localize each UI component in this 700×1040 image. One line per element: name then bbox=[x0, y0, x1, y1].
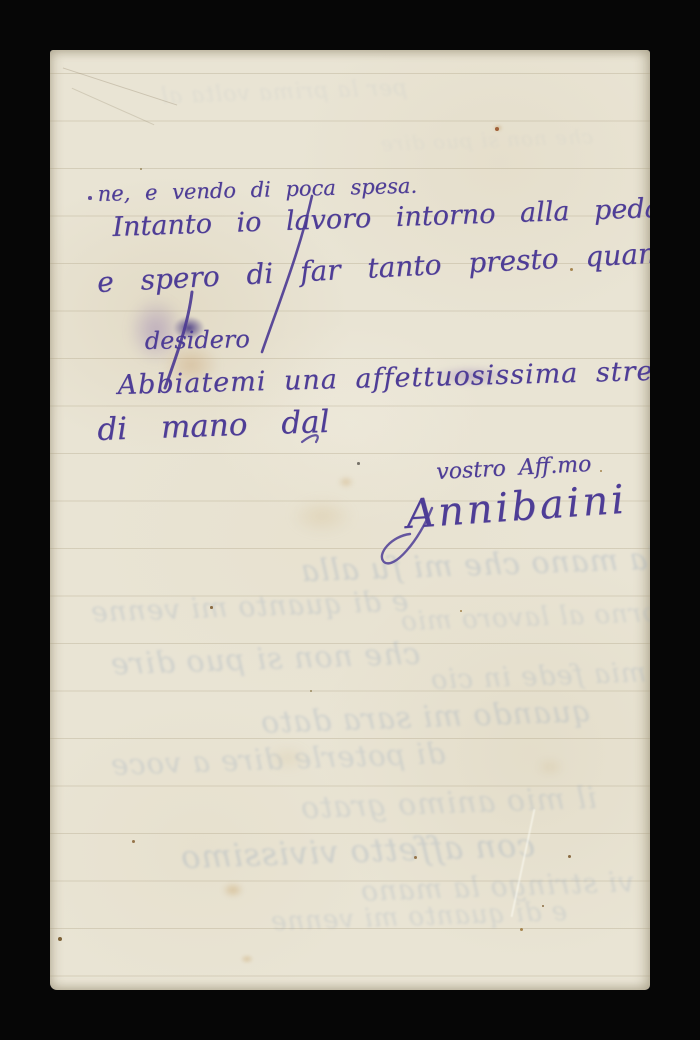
handwriting-line-3: e spero di far tanto presto quanto bbox=[96, 235, 650, 299]
handwriting-line-6: di mano dal bbox=[97, 404, 330, 448]
handwriting-line-5: Abbiatemi una affettuosissima stretta bbox=[117, 355, 650, 401]
handwriting-line-4: desidero bbox=[145, 325, 251, 355]
handwriting-line-1: ne, e vendo di poca spesa. bbox=[97, 174, 417, 206]
scan-background: per la prima volta alche non si puo dire… bbox=[0, 0, 700, 1040]
signature: Annibaini bbox=[405, 477, 629, 538]
handwriting-layer: ne, e vendo di poca spesa. Intanto io la… bbox=[50, 50, 650, 990]
letter-page: per la prima volta alche non si puo dire… bbox=[50, 50, 650, 990]
